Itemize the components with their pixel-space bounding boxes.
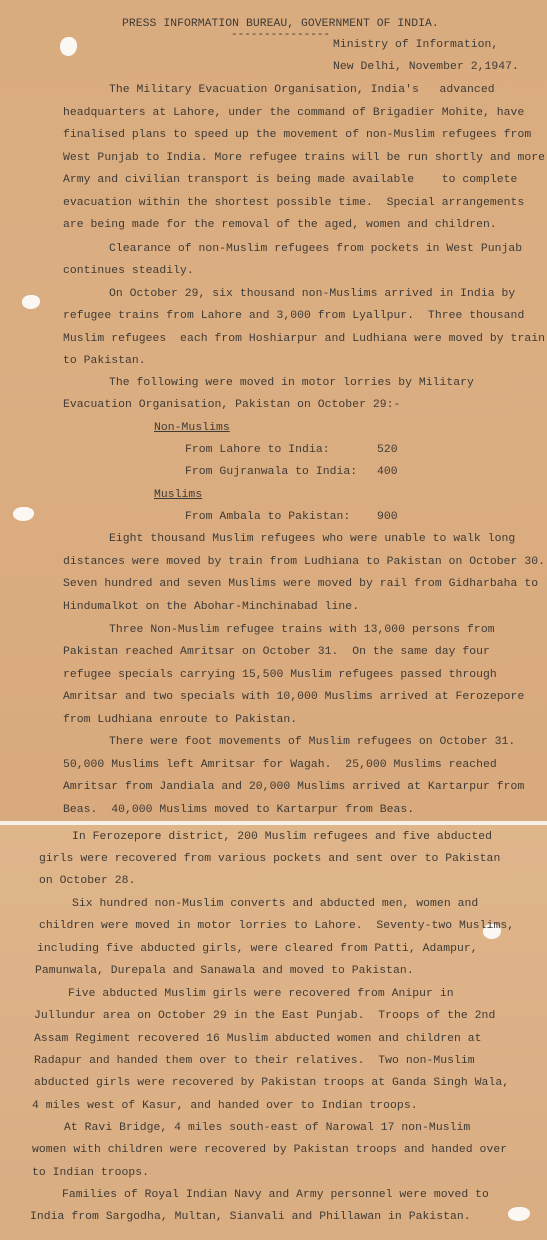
body-line: headquarters at Lahore, under the comman… [63,106,524,120]
body-line: Families of Royal Indian Navy and Army p… [62,1188,489,1202]
route-count: 900 [377,510,398,524]
punch-hole [60,37,77,56]
body-line: In Ferozepore district, 200 Muslim refug… [72,830,492,844]
body-line: Six hundred non-Muslim converts and abdu… [72,897,478,911]
body-line: At Ravi Bridge, 4 miles south-east of Na… [64,1121,470,1135]
body-line: refugee trains from Lahore and 3,000 fro… [63,309,524,323]
route-count: 520 [377,443,398,457]
document-page-2: In Ferozepore district, 200 Muslim refug… [0,825,547,1240]
body-line: Assam Regiment recovered 16 Muslim abduc… [34,1032,482,1046]
route-label: From Ambala to Pakistan: [185,510,350,524]
punch-hole [508,1207,530,1221]
body-line: Pakistan reached Amritsar on October 31.… [63,645,490,659]
body-line: Beas. 40,000 Muslims moved to Kartarpur … [63,803,414,817]
punch-hole [22,295,40,309]
body-line: from Ludhiana enroute to Pakistan. [63,713,297,727]
body-line: West Punjab to India. More refugee train… [63,151,545,165]
punch-hole [13,507,34,521]
body-line: Three Non-Muslim refugee trains with 13,… [109,623,495,637]
body-line: including five abducted girls, were clea… [37,942,478,956]
body-line: Hindumalkot on the Abohar-Minchinabad li… [63,600,359,614]
body-line: are being made for the removal of the ag… [63,218,497,232]
body-line: 4 miles west of Kasur, and handed over t… [32,1099,418,1113]
group-heading-non-muslims: Non-Muslims [154,421,230,435]
body-line: Eight thousand Muslim refugees who were … [109,532,515,546]
body-line: on October 28. [39,874,135,888]
body-line: Amritsar and two specials with 10,000 Mu… [63,690,524,704]
body-line: Jullundur area on October 29 in the East… [34,1009,495,1023]
body-line: women with children were recovered by Pa… [32,1143,507,1157]
body-line: children were moved in motor lorries to … [39,919,514,933]
group-heading-muslims: Muslims [154,488,202,502]
body-line: distances were moved by train from Ludhi… [63,555,545,569]
body-line: Amritsar from Jandiala and 20,000 Muslim… [63,780,524,794]
route-count: 400 [377,465,398,479]
body-line: Seven hundred and seven Muslims were mov… [63,577,538,591]
body-line: finalised plans to speed up the movement… [63,128,531,142]
body-line: India from Sargodha, Multan, Sianvali an… [30,1210,471,1224]
body-line: The following were moved in motor lorrie… [109,376,474,390]
body-line: 50,000 Muslims left Amritsar for Wagah. … [63,758,497,772]
body-line: There were foot movements of Muslim refu… [109,735,515,749]
body-line: evacuation within the shortest possible … [63,196,524,210]
body-line: abducted girls were recovered by Pakista… [34,1076,509,1090]
ministry-line: Ministry of Information, [333,38,498,52]
place-date-line: New Delhi, November 2,1947. [333,60,519,74]
heading-rule: --------------- [231,29,330,41]
body-line: girls were recovered from various pocket… [39,852,500,866]
route-label: From Gujranwala to India: [185,465,357,479]
body-line: to Indian troops. [32,1166,149,1180]
body-line: Pamunwala, Durepala and Sanawala and mov… [35,964,414,978]
body-line: to Pakistan. [63,354,146,368]
body-line: refugee specials carrying 15,500 Muslim … [63,668,497,682]
body-line: Radapur and handed them over to their re… [34,1054,475,1068]
body-line: continues steadily. [63,264,194,278]
body-line: The Military Evacuation Organisation, In… [109,83,495,97]
body-line: Five abducted Muslim girls were recovere… [68,987,454,1001]
document-page-1: PRESS INFORMATION BUREAU, GOVERNMENT OF … [0,0,547,821]
body-line: Evacuation Organisation, Pakistan on Oct… [63,398,400,412]
body-line: On October 29, six thousand non-Muslims … [109,287,515,301]
body-line: Muslim refugees each from Hoshiarpur and… [63,332,545,346]
body-line: Clearance of non-Muslim refugees from po… [109,242,522,256]
route-label: From Lahore to India: [185,443,330,457]
body-line: Army and civilian transport is being mad… [63,173,517,187]
